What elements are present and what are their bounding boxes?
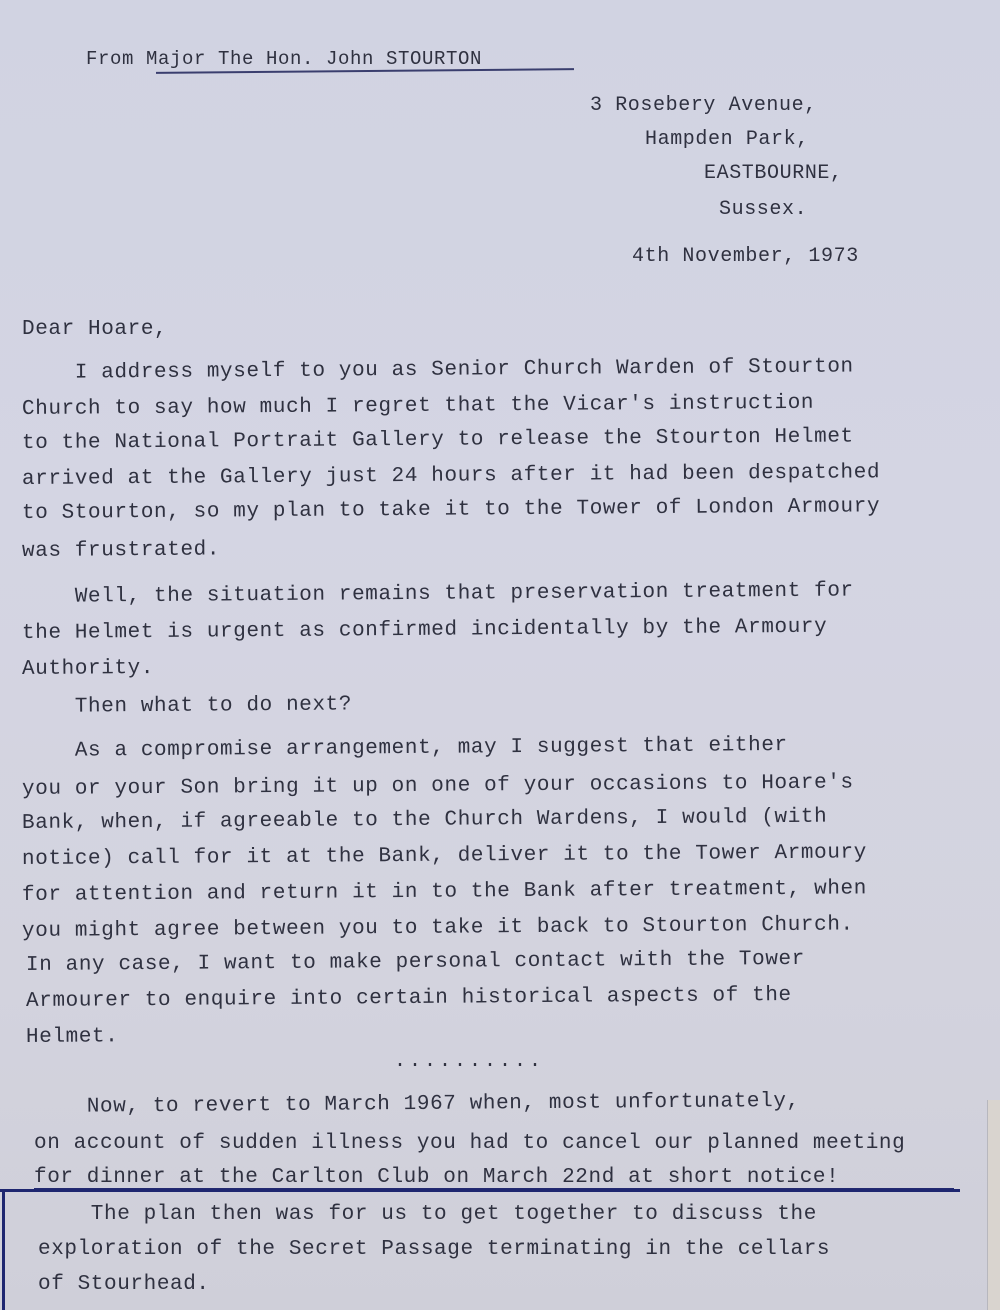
address-line-1: 3 Rosebery Avenue, <box>590 94 817 117</box>
body-line: Then what to do next? <box>22 693 352 719</box>
body-line: Armourer to enquire into certain histori… <box>26 984 792 1013</box>
address-line-3: EASTBOURNE, <box>704 162 843 185</box>
box-border-top <box>0 1189 960 1192</box>
body-line: to Stourton, so my plan to take it to th… <box>22 495 880 525</box>
body-line: In any case, I want to make personal con… <box>26 948 805 977</box>
body-line: the Helmet is urgent as confirmed incide… <box>22 616 827 645</box>
from-line: From Major The Hon. John STOURTON <box>86 48 482 70</box>
address-line-4: Sussex. <box>719 198 807 221</box>
body-line: to the National Portrait Gallery to rele… <box>22 425 854 455</box>
body-line: exploration of the Secret Passage termin… <box>38 1238 830 1261</box>
section-separator: .......... <box>394 1050 544 1073</box>
body-line: Now, to revert to March 1967 when, most … <box>34 1090 800 1119</box>
body-line: for attention and return it in to the Ba… <box>22 877 867 907</box>
box-border-left <box>2 1189 5 1310</box>
body-line: was frustrated. <box>22 538 220 563</box>
body-line: Helmet. <box>26 1025 119 1049</box>
body-line: Authority. <box>22 657 154 681</box>
body-line: arrived at the Gallery just 24 hours aft… <box>22 461 880 491</box>
body-line: of Stourhead. <box>38 1273 210 1296</box>
body-line: I address myself to you as Senior Church… <box>22 355 854 385</box>
body-line: Well, the situation remains that preserv… <box>22 579 854 609</box>
body-line: As a compromise arrangement, may I sugge… <box>22 734 788 763</box>
body-line: you or your Son bring it up on one of yo… <box>22 771 854 801</box>
body-line: Church to say how much I regret that the… <box>22 392 814 421</box>
body-line: on account of sudden illness you had to … <box>34 1132 905 1155</box>
paper-edge <box>987 1100 1000 1310</box>
salutation: Dear Hoare, <box>22 318 167 341</box>
body-line: Bank, when, if agreeable to the Church W… <box>22 806 827 835</box>
body-line: notice) call for it at the Bank, deliver… <box>22 841 867 871</box>
body-line: for dinner at the Carlton Club on March … <box>34 1166 839 1189</box>
letter-date: 4th November, 1973 <box>632 245 859 268</box>
body-line: The plan then was for us to get together… <box>38 1203 817 1226</box>
letter-page: From Major The Hon. John STOURTON 3 Rose… <box>0 0 1000 1310</box>
address-line-2: Hampden Park, <box>645 128 809 151</box>
body-line: you might agree between you to take it b… <box>22 913 854 943</box>
